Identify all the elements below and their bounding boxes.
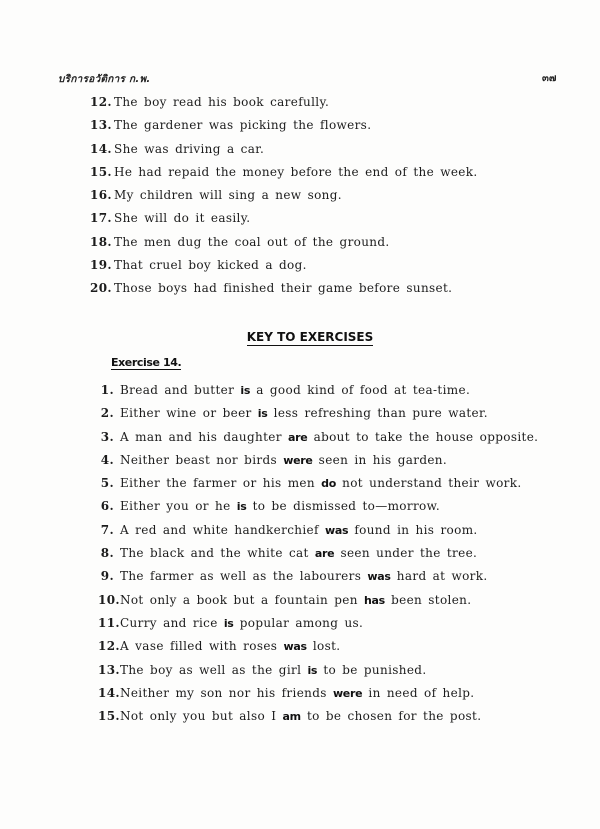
answer-text: A vase filled with roses bbox=[120, 639, 283, 653]
answer-key-word: are bbox=[315, 547, 334, 560]
sentence-text: The boy read his book carefully. bbox=[114, 95, 329, 109]
answer-key-word: is bbox=[237, 500, 247, 513]
answer-item: 8.The black and the white cat are seen u… bbox=[104, 542, 538, 565]
answer-text: less refreshing than pure water. bbox=[267, 406, 487, 420]
answer-text: found in his room. bbox=[348, 523, 477, 537]
answer-key-word: were bbox=[333, 687, 362, 700]
item-number: 14. bbox=[90, 138, 108, 161]
exercise-sentence: 17.She will do it easily. bbox=[98, 207, 478, 230]
sentence-text: She will do it easily. bbox=[114, 211, 250, 225]
answer-key-word: was bbox=[367, 570, 390, 583]
answer-text: lost. bbox=[307, 639, 341, 653]
answer-text: Bread and butter bbox=[120, 383, 240, 397]
item-number: 12. bbox=[90, 91, 108, 114]
item-number: 17. bbox=[90, 207, 108, 230]
sentence-text: The gardener was picking the flowers. bbox=[114, 118, 371, 132]
item-number: 4. bbox=[98, 449, 114, 472]
exercise-sentence: 12.The boy read his book carefully. bbox=[98, 91, 478, 114]
answer-text: about to take the house opposite. bbox=[307, 430, 538, 444]
answer-text: Either the farmer or his men bbox=[120, 476, 321, 490]
item-number: 12. bbox=[98, 635, 114, 658]
sentence-text: Those boys had finished their game befor… bbox=[114, 281, 452, 295]
item-number: 16. bbox=[90, 184, 108, 207]
answer-text: to be dismissed to—morrow. bbox=[246, 499, 440, 513]
answer-key-word: has bbox=[364, 594, 385, 607]
item-number: 18. bbox=[90, 231, 108, 254]
page-number: ๓๗ bbox=[542, 71, 556, 86]
answer-key-list: 1.Bread and butter is a good kind of foo… bbox=[104, 379, 538, 728]
answer-key-word: is bbox=[224, 617, 234, 630]
answer-text: Neither my son nor his friends bbox=[120, 686, 333, 700]
sentence-text: That cruel boy kicked a dog. bbox=[114, 258, 307, 272]
document-page: บริการอวัติการ ก.พ. ๓๗ 12.The boy read h… bbox=[0, 0, 600, 829]
answer-item: 10.Not only a book but a fountain pen ha… bbox=[104, 589, 538, 612]
answer-text: Not only you but also I bbox=[120, 709, 282, 723]
answer-item: 13.The boy as well as the girl is to be … bbox=[104, 659, 538, 682]
answer-item: 2.Either wine or beer is less refreshing… bbox=[104, 402, 538, 425]
answer-item: 7.A red and white handkerchief was found… bbox=[104, 519, 538, 542]
answer-text: Curry and rice bbox=[120, 616, 224, 630]
item-number: 6. bbox=[98, 495, 114, 518]
exercise-sentence-list: 12.The boy read his book carefully. 13.T… bbox=[98, 91, 478, 301]
answer-text: Not only a book but a fountain pen bbox=[120, 593, 364, 607]
answer-text: in need of help. bbox=[362, 686, 474, 700]
answer-item: 11.Curry and rice is popular among us. bbox=[104, 612, 538, 635]
answer-item: 1.Bread and butter is a good kind of foo… bbox=[104, 379, 538, 402]
answer-text: The black and the white cat bbox=[120, 546, 315, 560]
answer-item: 6.Either you or he is to be dismissed to… bbox=[104, 495, 538, 518]
exercise-sentence: 15.He had repaid the money before the en… bbox=[98, 161, 478, 184]
answer-item: 12.A vase filled with roses was lost. bbox=[104, 635, 538, 658]
answer-text: Neither beast nor birds bbox=[120, 453, 283, 467]
answer-key-word: do bbox=[321, 477, 336, 490]
answer-key-word: are bbox=[288, 431, 307, 444]
item-number: 7. bbox=[98, 519, 114, 542]
item-number: 3. bbox=[98, 426, 114, 449]
item-number: 10. bbox=[98, 589, 114, 612]
answer-item: 4.Neither beast nor birds were seen in h… bbox=[104, 449, 538, 472]
item-number: 9. bbox=[98, 565, 114, 588]
sentence-text: My children will sing a new song. bbox=[114, 188, 342, 202]
answer-key-word: was bbox=[325, 524, 348, 537]
answer-text: seen in his garden. bbox=[313, 453, 448, 467]
exercise-sentence: 14.She was driving a car. bbox=[98, 138, 478, 161]
answer-item: 5.Either the farmer or his men do not un… bbox=[104, 472, 538, 495]
item-number: 14. bbox=[98, 682, 114, 705]
answer-text: popular among us. bbox=[234, 616, 364, 630]
answer-text: not understand their work. bbox=[336, 476, 522, 490]
item-number: 2. bbox=[98, 402, 114, 425]
answer-key-word: is bbox=[240, 384, 250, 397]
exercise-sentence: 13.The gardener was picking the flowers. bbox=[98, 114, 478, 137]
running-header: บริการอวัติการ ก.พ. bbox=[58, 72, 150, 87]
section-title: KEY TO EXERCISES bbox=[0, 330, 600, 344]
answer-text: A man and his daughter bbox=[120, 430, 288, 444]
item-number: 15. bbox=[98, 705, 114, 728]
exercise-heading: Exercise 14. bbox=[111, 356, 181, 370]
sentence-text: She was driving a car. bbox=[114, 142, 264, 156]
answer-item: 3.A man and his daughter are about to ta… bbox=[104, 426, 538, 449]
answer-text: to be chosen for the post. bbox=[301, 709, 482, 723]
item-number: 11. bbox=[98, 612, 114, 635]
answer-item: 9.The farmer as well as the labourers wa… bbox=[104, 565, 538, 588]
exercise-sentence: 20.Those boys had finished their game be… bbox=[98, 277, 478, 300]
answer-text: The boy as well as the girl bbox=[120, 663, 307, 677]
item-number: 8. bbox=[98, 542, 114, 565]
exercise-sentence: 19.That cruel boy kicked a dog. bbox=[98, 254, 478, 277]
item-number: 5. bbox=[98, 472, 114, 495]
item-number: 1. bbox=[98, 379, 114, 402]
item-number: 13. bbox=[98, 659, 114, 682]
answer-text: Either wine or beer bbox=[120, 406, 258, 420]
sentence-text: He had repaid the money before the end o… bbox=[114, 165, 478, 179]
answer-text: to be punished. bbox=[317, 663, 426, 677]
answer-key-word: am bbox=[282, 710, 300, 723]
answer-key-word: was bbox=[283, 640, 306, 653]
answer-text: a good kind of food at tea-time. bbox=[250, 383, 470, 397]
exercise-sentence: 16.My children will sing a new song. bbox=[98, 184, 478, 207]
item-number: 20. bbox=[90, 277, 108, 300]
sentence-text: The men dug the coal out of the ground. bbox=[114, 235, 390, 249]
section-title-text: KEY TO EXERCISES bbox=[247, 330, 374, 346]
answer-item: 15.Not only you but also I am to be chos… bbox=[104, 705, 538, 728]
item-number: 19. bbox=[90, 254, 108, 277]
answer-item: 14.Neither my son nor his friends were i… bbox=[104, 682, 538, 705]
answer-text: The farmer as well as the labourers bbox=[120, 569, 367, 583]
answer-text: seen under the tree. bbox=[334, 546, 477, 560]
answer-text: Either you or he bbox=[120, 499, 237, 513]
answer-text: A red and white handkerchief bbox=[120, 523, 325, 537]
item-number: 15. bbox=[90, 161, 108, 184]
exercise-sentence: 18.The men dug the coal out of the groun… bbox=[98, 231, 478, 254]
item-number: 13. bbox=[90, 114, 108, 137]
answer-key-word: is bbox=[307, 664, 317, 677]
answer-text: been stolen. bbox=[385, 593, 471, 607]
answer-text: hard at work. bbox=[391, 569, 488, 583]
answer-key-word: were bbox=[283, 454, 312, 467]
